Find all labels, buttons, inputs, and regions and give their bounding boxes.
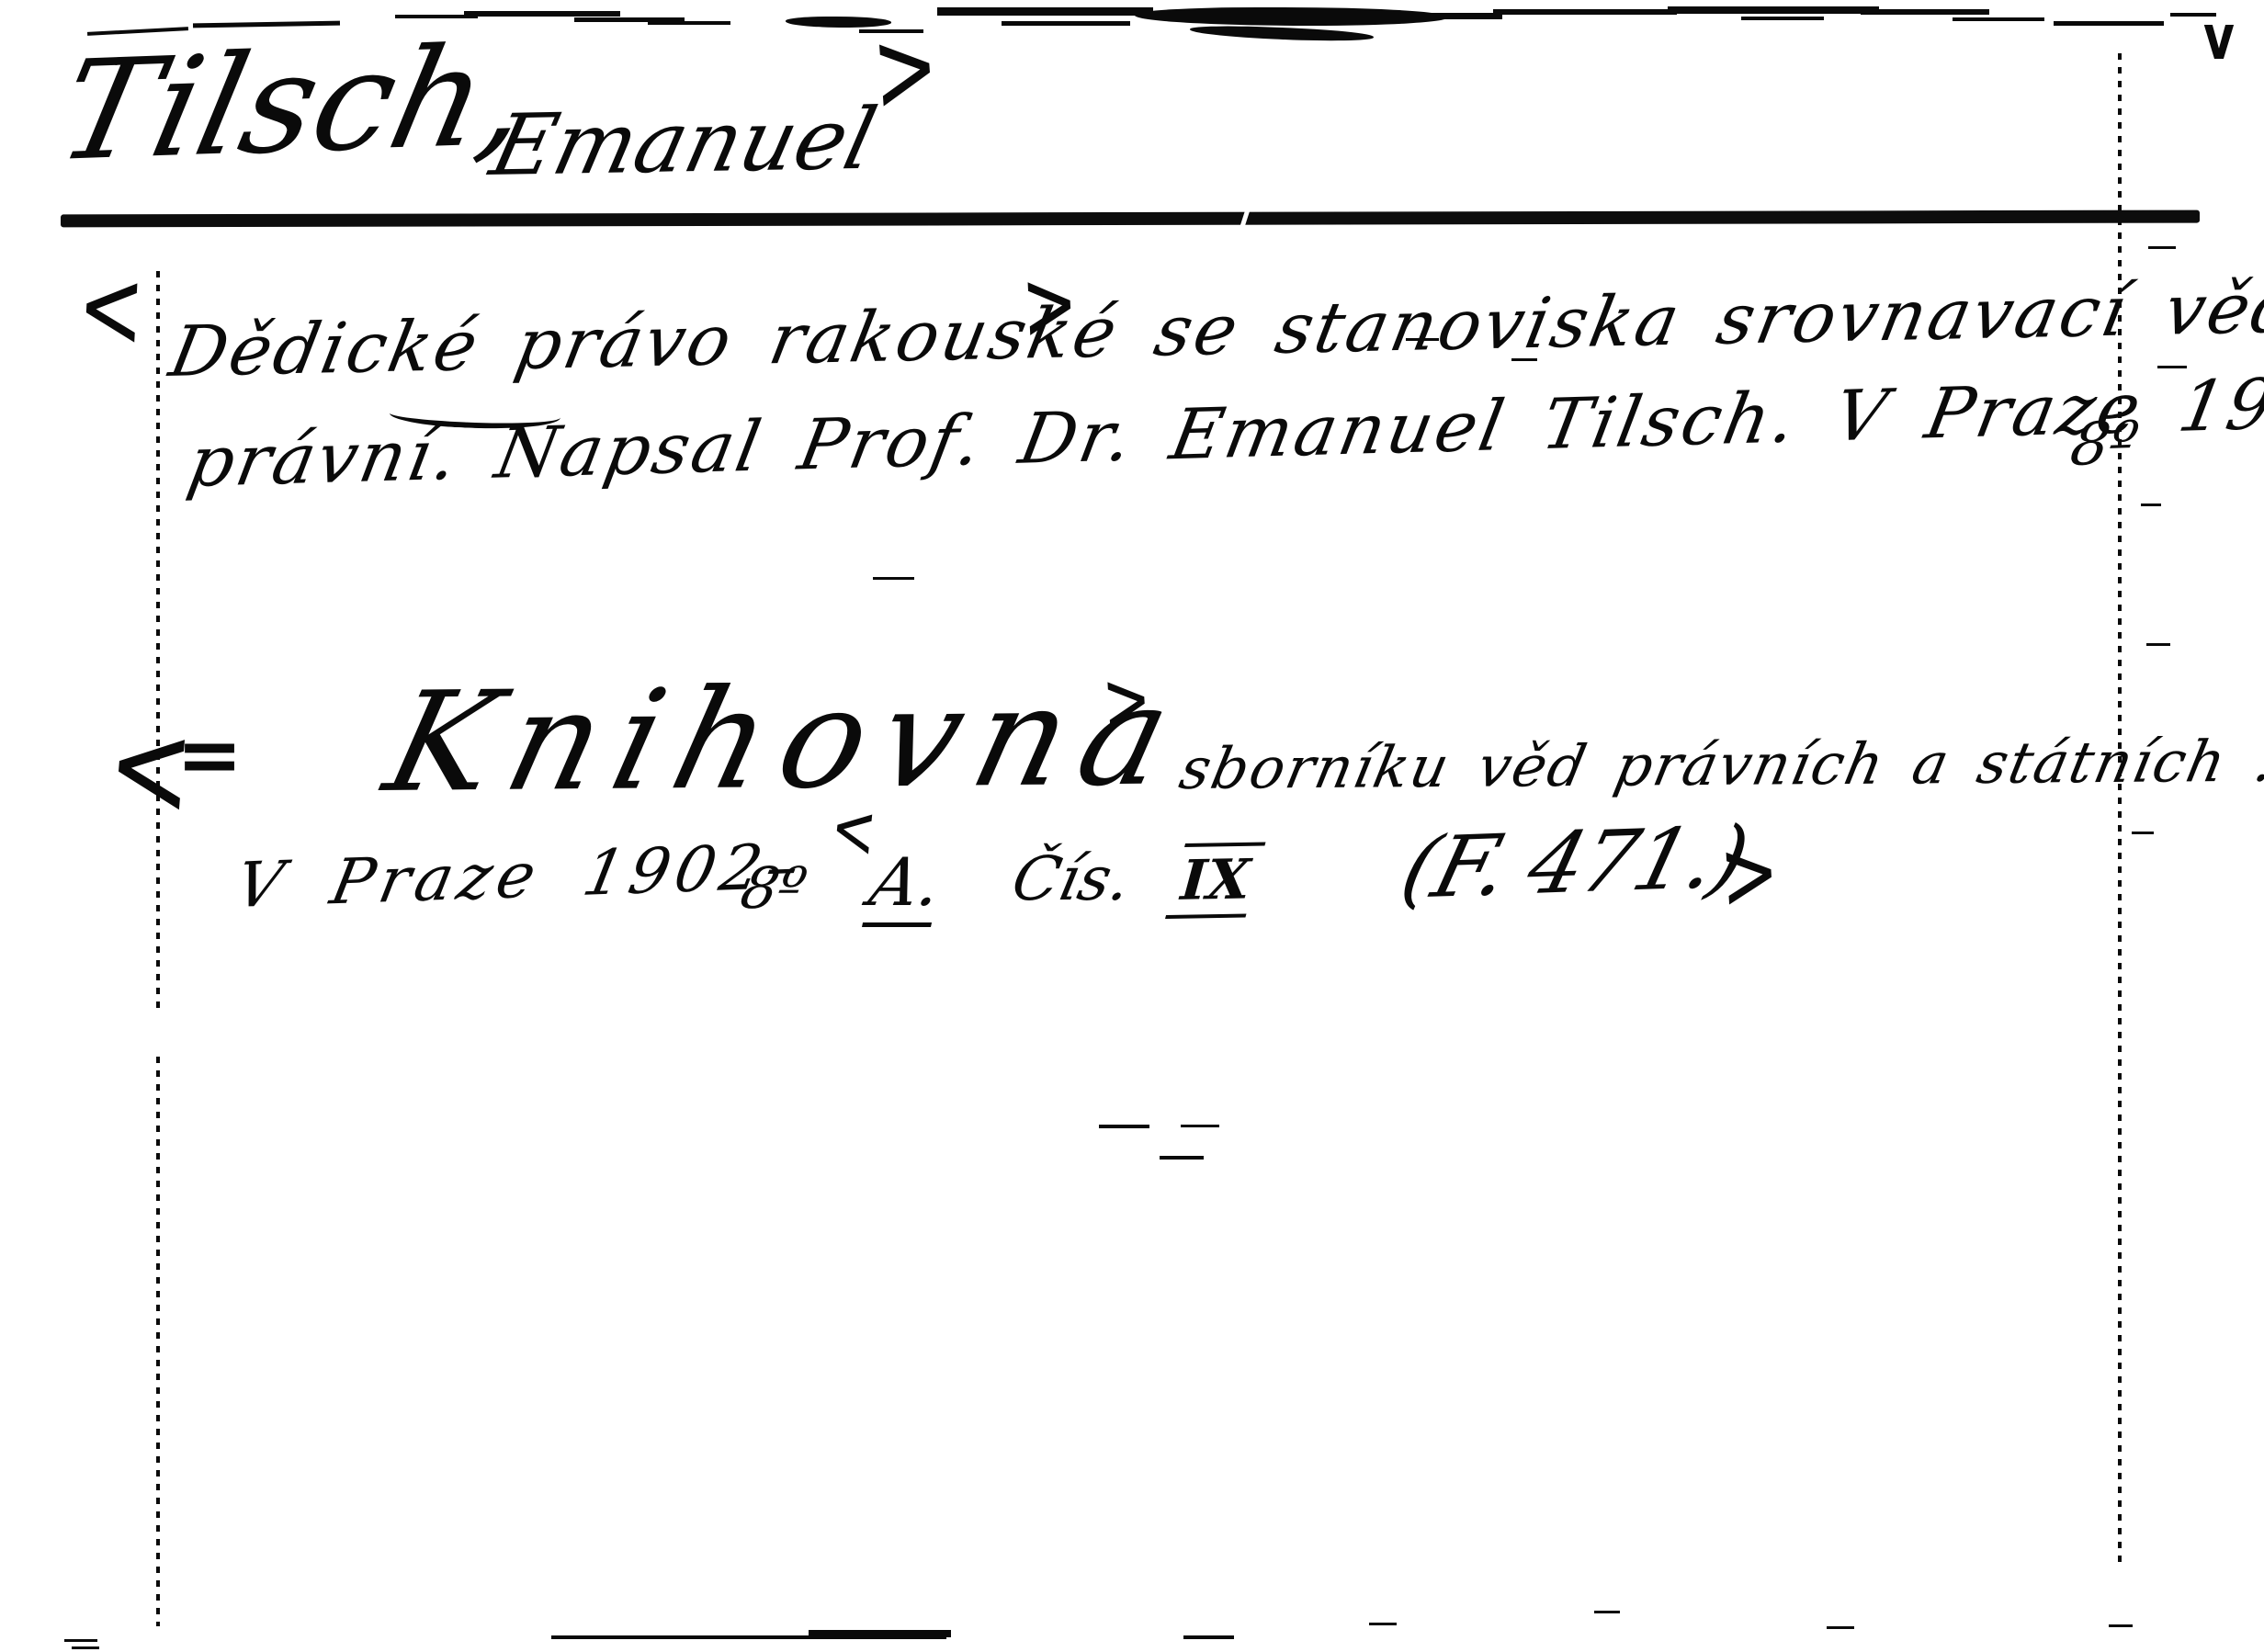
caret-mark: > (1100, 647, 1153, 753)
caret-mark: > (1019, 243, 1080, 364)
scan-artifact (1181, 1125, 1219, 1127)
series-name-large: Knihovna (372, 657, 1201, 823)
title-format: 8º (2066, 410, 2143, 480)
catalog-card-scan: v Tilsch, Emanuel > < Dědické právo rako… (0, 0, 2264, 1652)
scan-artifact (1493, 9, 1677, 15)
series-name-rest: sborníku věd právních a státních ... (1174, 727, 2264, 802)
scan-artifact (809, 1630, 951, 1637)
scan-artifact (1827, 1626, 1854, 1629)
scan-artifact (72, 1646, 99, 1649)
scan-artifact (1190, 25, 1374, 43)
open-chevron-mark: < (75, 241, 148, 376)
series-section-letter: A. (862, 843, 948, 927)
scan-artifact (2157, 366, 2187, 368)
series-format: 8º (735, 854, 812, 922)
author-surname: Tilsch, (46, 17, 545, 192)
caret-mark: > (1716, 812, 1782, 933)
scan-artifact (648, 21, 730, 25)
scan-artifact (1002, 21, 1130, 26)
scan-artifact (1668, 6, 1879, 14)
shelfmark: (F. 471.) (1392, 808, 1757, 918)
left-margin-dotted-line (156, 271, 160, 1626)
author-forename: Emanuel (482, 90, 885, 195)
scan-artifact (2132, 832, 2154, 834)
dotted-line-gap (153, 1015, 164, 1050)
open-chevron-mark: < (828, 781, 881, 877)
scan-artifact (937, 7, 1153, 16)
series-place-date: V Praze 1902– (230, 831, 810, 922)
scan-artifact (1594, 1611, 1620, 1613)
caret-mark: > (868, 0, 942, 141)
scan-artifact (1183, 1635, 1234, 1639)
scan-artifact (2146, 643, 2170, 646)
scan-artifact (2109, 1624, 2133, 1627)
scan-artifact (64, 1639, 97, 1642)
scan-artifact (1511, 358, 1537, 361)
scan-artifact (1953, 17, 2044, 21)
check-mark: v (2203, 3, 2235, 74)
scan-artifact (873, 577, 914, 580)
scan-artifact (1861, 9, 1989, 15)
scan-artifact (2054, 21, 2164, 26)
scan-artifact (1160, 1156, 1204, 1160)
scan-artifact (1369, 1623, 1397, 1625)
series-equals: = (176, 709, 243, 801)
scan-artifact (1337, 13, 1502, 19)
series-number-label: Čís. (1006, 843, 1138, 914)
scan-artifact (1406, 338, 1439, 341)
header-rule (61, 210, 2200, 228)
scan-artifact (1741, 17, 1824, 20)
scan-artifact (1099, 1125, 1149, 1128)
scan-artifact (2141, 504, 2161, 506)
series-number-roman: IX (1165, 843, 1265, 919)
scan-artifact (2148, 246, 2176, 249)
